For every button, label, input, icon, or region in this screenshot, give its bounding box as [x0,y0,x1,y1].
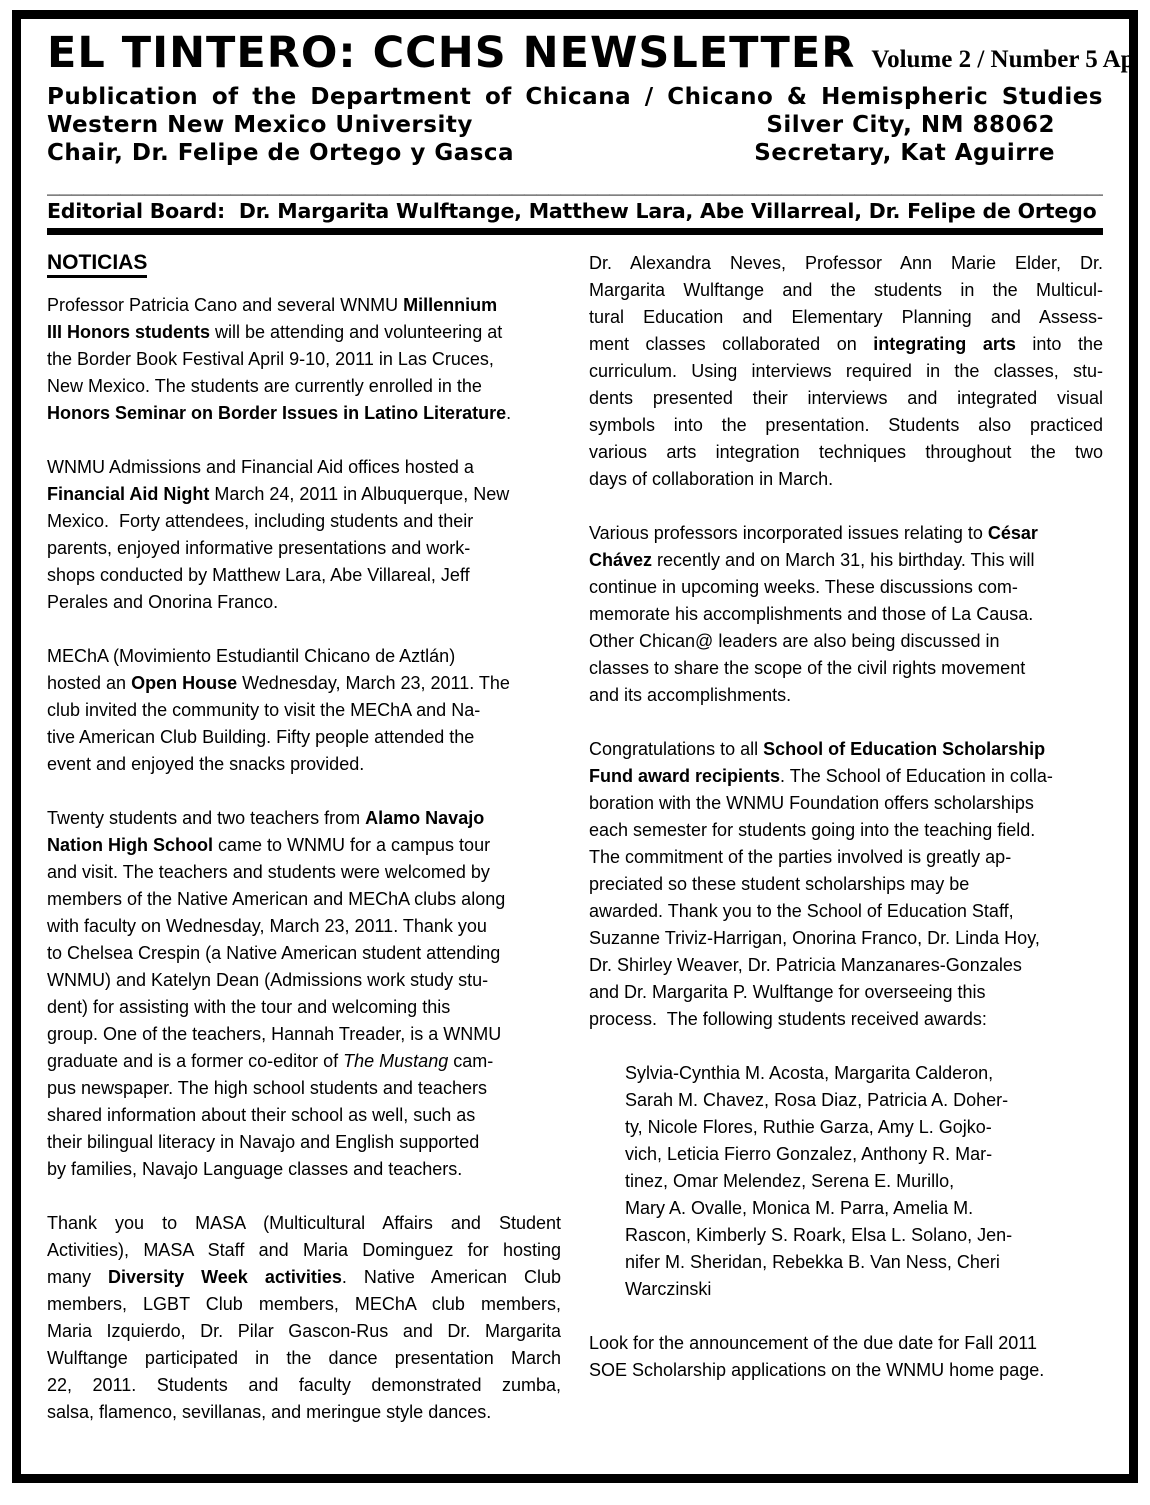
text-line: Maria Izquierdo, Dr. Pilar Gascon-Rus an… [47,1318,561,1345]
text-line: hosted an Open House Wednesday, March 23… [47,670,561,697]
text-line: Fund award recipients. The School of Edu… [589,763,1103,790]
text-line: various arts integration techniques thro… [589,439,1103,466]
text-line: Suzanne Triviz-Harrigan, Onorina Franco,… [589,925,1103,952]
text-line: many Diversity Week activities. Native A… [47,1264,561,1291]
text-line: Rascon, Kimberly S. Roark, Elsa L. Solan… [625,1222,1103,1249]
paragraph: Twenty students and two teachers from Al… [47,805,561,1183]
text-line: ty, Nicole Flores, Ruthie Garza, Amy L. … [625,1114,1103,1141]
text-line: process. The following students received… [589,1006,1103,1033]
text-line: Warczinski [625,1276,1103,1303]
text-line: nifer M. Sheridan, Rebekka B. Van Ness, … [625,1249,1103,1276]
text-line: WNMU Admissions and Financial Aid office… [47,454,561,481]
text-line: days of collaboration in March. [589,466,1103,493]
left-column-paragraphs: Professor Patricia Cano and several WNMU… [47,292,561,1426]
text-line: SOE Scholarship applications on the WNMU… [589,1357,1103,1384]
text-line: Mexico. Forty attendees, including stude… [47,508,561,535]
text-line: Financial Aid Night March 24, 2011 in Al… [47,481,561,508]
thick-rule [47,228,1103,235]
text-line: Wulftange participated in the dance pres… [47,1345,561,1372]
text-line: tinez, Omar Melendez, Serena E. Murillo, [625,1168,1103,1195]
text-line: Thank you to MASA (Multicultural Affairs… [47,1210,561,1237]
text-line: each semester for students going into th… [589,817,1103,844]
underscore-divider: ________________________________________… [47,175,1103,197]
noticias-heading: NOTICIAS [47,251,147,278]
secretary-line: Secretary, Kat Aguirre [754,139,1055,167]
text-line: Professor Patricia Cano and several WNMU… [47,292,561,319]
text-line: dents presented their interviews and int… [589,385,1103,412]
university-name: Western New Mexico University [47,111,473,139]
text-line: Honors Seminar on Border Issues in Latin… [47,400,561,427]
text-line: classes to share the scope of the civil … [589,655,1103,682]
paragraph: Look for the announcement of the due dat… [589,1330,1103,1384]
chair-line: Chair, Dr. Felipe de Ortego y Gasca [47,139,514,167]
text-line: shops conducted by Matthew Lara, Abe Vil… [47,562,561,589]
text-line: graduate and is a former co-editor of Th… [47,1048,561,1075]
text-line: ment classes collaborated on integrating… [589,331,1103,358]
text-line: Mary A. Ovalle, Monica M. Parra, Amelia … [625,1195,1103,1222]
text-line: Look for the announcement of the due dat… [589,1330,1103,1357]
text-line: New Mexico. The students are currently e… [47,373,561,400]
text-line: club invited the community to visit the … [47,697,561,724]
masthead: EL TINTERO: CCHS NEWSLETTER Volume 2 / N… [47,29,1103,77]
text-line: to Chelsea Crespin (a Native American st… [47,940,561,967]
text-line: Congratulations to all School of Educati… [589,736,1103,763]
paragraph: MEChA (Movimiento Estudiantil Chicano de… [47,643,561,778]
text-line: curriculum. Using interviews required in… [589,358,1103,385]
text-line: boration with the WNMU Foundation offers… [589,790,1103,817]
newsletter-page: EL TINTERO: CCHS NEWSLETTER Volume 2 / N… [12,10,1138,1483]
text-line: by families, Navajo Language classes and… [47,1156,561,1183]
paragraph: Sylvia-Cynthia M. Acosta, Margarita Cald… [625,1060,1103,1303]
text-line: Sarah M. Chavez, Rosa Diaz, Patricia A. … [625,1087,1103,1114]
article-body: NOTICIAS Professor Patricia Cano and sev… [47,250,1103,1453]
left-column: NOTICIAS Professor Patricia Cano and sev… [47,250,561,1453]
text-line: group. One of the teachers, Hannah Tread… [47,1021,561,1048]
text-line: Perales and Onorina Franco. [47,589,561,616]
paragraph: Congratulations to all School of Educati… [589,736,1103,1033]
paragraph: WNMU Admissions and Financial Aid office… [47,454,561,616]
right-column: Dr. Alexandra Neves, Professor Ann Marie… [589,250,1103,1453]
text-line: Chávez recently and on March 31, his bir… [589,547,1103,574]
text-line: MEChA (Movimiento Estudiantil Chicano de… [47,643,561,670]
text-line: Nation High School came to WNMU for a ca… [47,832,561,859]
text-line: Sylvia-Cynthia M. Acosta, Margarita Cald… [625,1060,1103,1087]
text-line: awarded. Thank you to the School of Educ… [589,898,1103,925]
text-line: tive American Club Building. Fifty peopl… [47,724,561,751]
text-line: Dr. Shirley Weaver, Dr. Patricia Manzana… [589,952,1103,979]
paragraph: Various professors incorporated issues r… [589,520,1103,709]
text-line: Other Chican@ leaders are also being dis… [589,628,1103,655]
text-line: and Dr. Margarita P. Wulftange for overs… [589,979,1103,1006]
editorial-board-line: Editorial Board: Dr. Margarita Wulftange… [47,198,1103,224]
city-state: Silver City, NM 88062 [766,111,1055,139]
text-line: salsa, flamenco, sevillanas, and meringu… [47,1399,561,1426]
text-line: continue in upcoming weeks. These discus… [589,574,1103,601]
text-line: dent) for assisting with the tour and we… [47,994,561,1021]
text-line: tural Education and Elementary Planning … [589,304,1103,331]
text-line: the Border Book Festival April 9-10, 201… [47,346,561,373]
text-line: pus newspaper. The high school students … [47,1075,561,1102]
text-line: Various professors incorporated issues r… [589,520,1103,547]
text-line: 22, 2011. Students and faculty demonstra… [47,1372,561,1399]
issue-info: Volume 2 / Number 5 April 2011 [871,46,1138,74]
text-line: and visit. The teachers and students wer… [47,859,561,886]
newsletter-title: EL TINTERO: CCHS NEWSLETTER [47,29,855,77]
text-line: Margarita Wulftange and the students in … [589,277,1103,304]
paragraph: Professor Patricia Cano and several WNMU… [47,292,561,427]
text-line: members, LGBT Club members, MEChA club m… [47,1291,561,1318]
text-line: shared information about their school as… [47,1102,561,1129]
text-line: their bilingual literacy in Navajo and E… [47,1129,561,1156]
right-column-paragraphs: Dr. Alexandra Neves, Professor Ann Marie… [589,250,1103,1384]
text-line: Twenty students and two teachers from Al… [47,805,561,832]
text-line: and its accomplishments. [589,682,1103,709]
text-line: Dr. Alexandra Neves, Professor Ann Marie… [589,250,1103,277]
university-row: Western New Mexico University Silver Cit… [47,111,1103,139]
text-line: parents, enjoyed informative presentatio… [47,535,561,562]
text-line: Activities), MASA Staff and Maria Doming… [47,1237,561,1264]
text-line: WNMU) and Katelyn Dean (Admissions work … [47,967,561,994]
text-line: vich, Leticia Fierro Gonzalez, Anthony R… [625,1141,1103,1168]
text-line: event and enjoyed the snacks provided. [47,751,561,778]
paragraph: Thank you to MASA (Multicultural Affairs… [47,1210,561,1426]
text-line: The commitment of the parties involved i… [589,844,1103,871]
officers-row: Chair, Dr. Felipe de Ortego y Gasca Secr… [47,139,1103,167]
publication-subtitle: Publication of the Department of Chicana… [47,83,1103,111]
text-line: with faculty on Wednesday, March 23, 201… [47,913,561,940]
paragraph: Dr. Alexandra Neves, Professor Ann Marie… [589,250,1103,493]
text-line: symbols into the presentation. Students … [589,412,1103,439]
text-line: memorate his accomplishments and those o… [589,601,1103,628]
text-line: preciated so these student scholarships … [589,871,1103,898]
text-line: members of the Native American and MEChA… [47,886,561,913]
text-line: III Honors students will be attending an… [47,319,561,346]
